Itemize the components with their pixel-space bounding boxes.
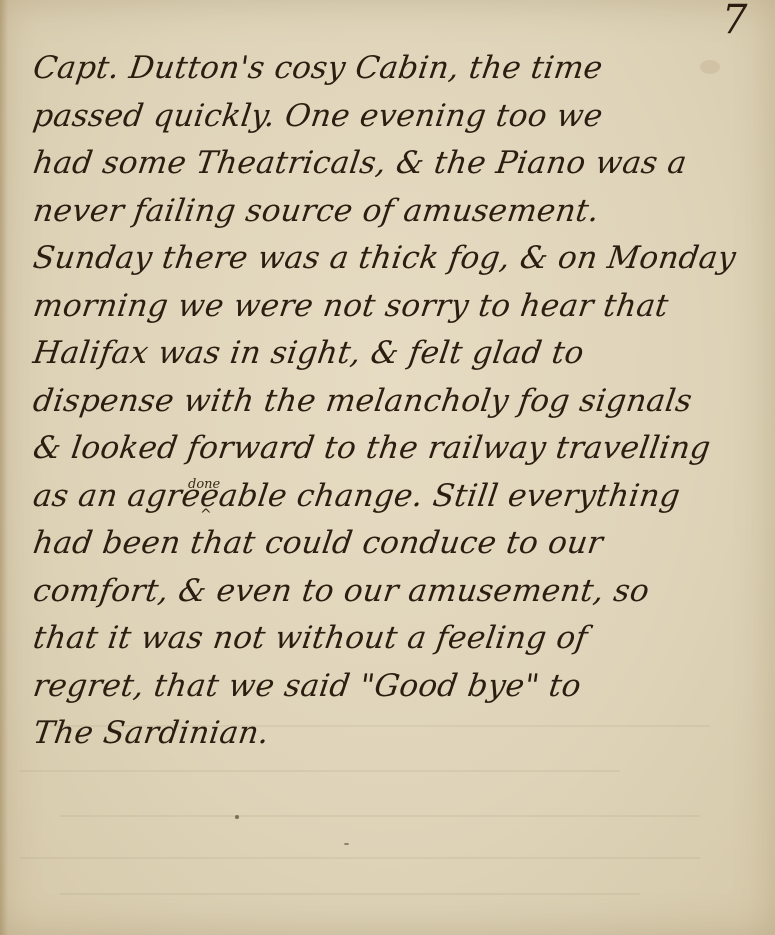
text-line: regret, that we said "Good bye" to [30,663,767,711]
text-line: The Sardinian. [30,710,767,758]
manuscript-page: 7 Capt. Dutton's cosy Cabin, the time pa… [0,0,775,935]
show-through-line [60,815,700,817]
text-line: Sunday there was a thick fog, & on Monda… [30,235,767,283]
text-line: morning we were not sorry to hear that [30,283,767,331]
text-line: that it was not without a feeling of [30,615,767,663]
text-line: Halifax was in sight, & felt glad to [30,330,767,378]
interlinear-insertion: done [188,478,220,491]
show-through-line [20,770,620,772]
text-line: dispense with the melancholy fog signals [30,378,767,426]
text-line: comfort, & even to our amusement, so [30,568,767,616]
handwritten-text: Capt. Dutton's cosy Cabin, the time pass… [30,45,760,758]
text-line: had some Theatricals, & the Piano was a [30,140,767,188]
text-line: never failing source of amusement. [30,188,767,236]
text-line: & looked forward to the railway travelli… [30,425,767,473]
insertion-caret: ^ [200,507,212,523]
show-through-line [60,893,640,895]
text-line: passed quickly. One evening too we [30,93,767,141]
paper-speck [344,843,349,845]
page-number: 7 [722,0,747,40]
text-line: as an agreeable change. Still everything [30,473,767,521]
show-through-line [20,857,700,859]
text-line: had been that could conduce to our [30,520,767,568]
text-line: Capt. Dutton's cosy Cabin, the time [30,45,767,93]
